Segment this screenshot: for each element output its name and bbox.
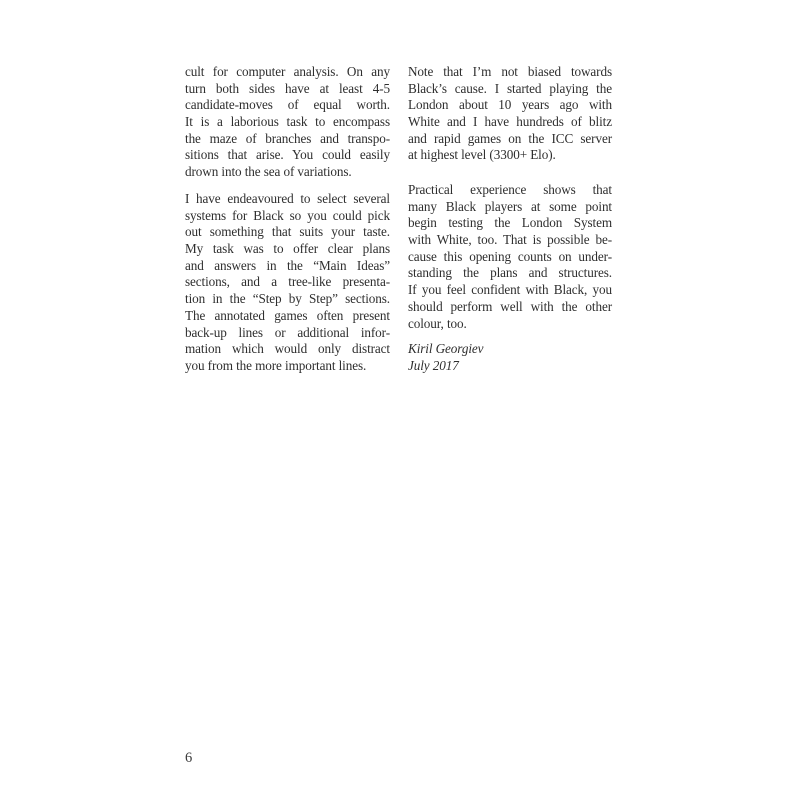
text-line: candidate-moves of equal worth. — [185, 97, 390, 114]
text-line: should perform well with the other — [408, 299, 612, 316]
text-line: Kiril Georgiev — [408, 341, 612, 358]
text-line: sitions that arise. You could easily — [185, 147, 390, 164]
text-line: and rapid games on the ICC server — [408, 131, 612, 148]
text-line: standing the plans and structures. — [408, 265, 612, 282]
author-signature: Kiril GeorgievJuly 2017 — [408, 341, 612, 374]
text-line: sections, and a tree-like presenta- — [185, 274, 390, 291]
text-line: colour, too. — [408, 316, 612, 333]
text-line: cause this opening counts on under- — [408, 249, 612, 266]
text-line: cult for computer analysis. On any — [185, 64, 390, 81]
text-line: The annotated games often present — [185, 308, 390, 325]
text-line: drown into the sea of variations. — [185, 164, 390, 181]
text-line: Practical experience shows that — [408, 182, 612, 199]
text-line: out something that suits your taste. — [185, 224, 390, 241]
text-line: back-up lines or additional infor- — [185, 325, 390, 342]
text-line: If you feel confident with Black, you — [408, 282, 612, 299]
text-line: systems for Black so you could pick — [185, 208, 390, 225]
text-line: My task was to offer clear plans — [185, 241, 390, 258]
text-line: the maze of branches and transpo- — [185, 131, 390, 148]
left-column-paragraph-2: I have endeavoured to select severalsyst… — [185, 191, 390, 375]
text-line: and answers in the “Main Ideas” — [185, 258, 390, 275]
text-line: It is a laborious task to encompass — [185, 114, 390, 131]
text-line: Note that I’m not biased towards — [408, 64, 612, 81]
text-line: mation which would only distract — [185, 341, 390, 358]
text-line: White and I have hundreds of blitz — [408, 114, 612, 131]
text-line: at highest level (3300+ Elo). — [408, 147, 612, 164]
text-line: London about 10 years ago with — [408, 97, 612, 114]
right-column-paragraph-2: Practical experience shows thatmany Blac… — [408, 182, 612, 332]
scanned-book-page: cult for computer analysis. On anyturn b… — [0, 0, 800, 800]
text-line: many Black players at some point — [408, 199, 612, 216]
text-line: begin testing the London System — [408, 215, 612, 232]
text-line: turn both sides have at least 4-5 — [185, 81, 390, 98]
left-column-paragraph-1: cult for computer analysis. On anyturn b… — [185, 64, 390, 181]
text-line: with White, too. That is possible be- — [408, 232, 612, 249]
text-line: I have endeavoured to select several — [185, 191, 390, 208]
right-column-paragraph-1: Note that I’m not biased towardsBlack’s … — [408, 64, 612, 164]
text-line: July 2017 — [408, 358, 612, 375]
text-line: tion in the “Step by Step” sections. — [185, 291, 390, 308]
text-line: Black’s cause. I started playing the — [408, 81, 612, 98]
text-line: you from the more important lines. — [185, 358, 390, 375]
page-number: 6 — [185, 750, 192, 766]
